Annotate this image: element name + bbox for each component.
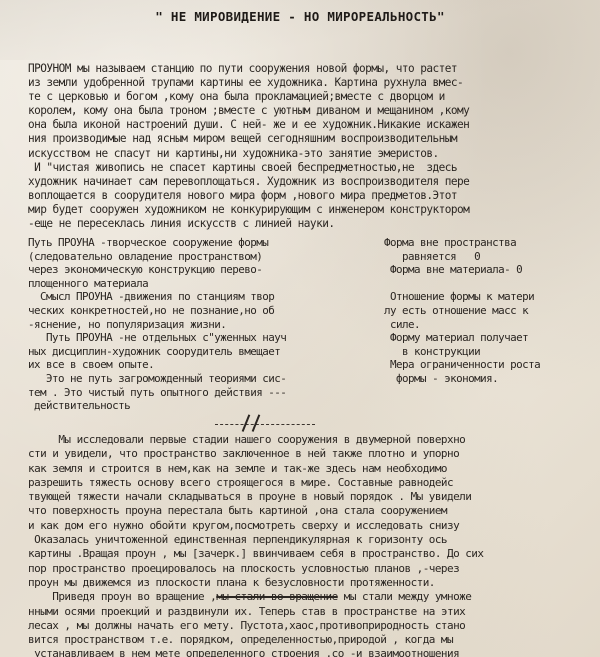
text-line: -еще не пересеклась линия искусств с лин…	[28, 217, 469, 231]
text-line: Форма вне материала- 0	[372, 263, 540, 277]
text-line: И "чистая живопись не спасет картины сво…	[28, 161, 469, 175]
text-line: равняется 0	[372, 250, 540, 264]
text-line: проун мы движемся из плоскости плана к б…	[28, 576, 483, 590]
document-title: " НЕ МИРОВИДЕНИЕ - НО МИРОРЕАЛЬНОСТЬ"	[0, 9, 600, 24]
text-line: нными осями проекций и раздвинули их. Те…	[28, 605, 483, 619]
text-line: вится пространством т.е. порядком, опред…	[28, 633, 483, 647]
text-line: как земля и строится в нем,как на земле …	[28, 462, 483, 476]
text-line: Форма вне пространства	[372, 236, 540, 250]
text-line: формы - экономия.	[372, 372, 540, 386]
section-separator	[215, 414, 315, 430]
text-line: воплощается в соорудителя нового мира фо…	[28, 189, 469, 203]
text-line	[372, 277, 540, 291]
text-line: (следовательно овладение пространством)	[28, 250, 286, 264]
text-line: устанавливаем в нем мете определенного с…	[28, 647, 483, 657]
text-line: художник начинает сам перевоплощаться. Х…	[28, 175, 469, 189]
text-line: пор пространство проецировалось на плоск…	[28, 562, 483, 576]
text-line: мир будет сооружен художником не конкури…	[28, 203, 469, 217]
text-line: и как дом его нужно обойти кругом,посмот…	[28, 519, 483, 533]
text-line: их все в своем опыте.	[28, 358, 286, 372]
right-column-text: Форма вне пространства равняется 0 Форма…	[372, 236, 540, 386]
intro-paragraph: ПРОУНОМ мы называем станцию по пути соор…	[28, 62, 469, 231]
text-line: лесах , мы должны начать его мету. Пусто…	[28, 619, 483, 633]
text-line: Путь ПРОУНА -творческое сооружение формы	[28, 236, 286, 250]
text-line: Путь ПРОУНА -не отдельных с"уженных науч	[28, 331, 286, 345]
text-line: сти и увидели, что пространство заключен…	[28, 447, 483, 461]
text-line: Смысл ПРОУНА -движения по станциям твор	[28, 290, 286, 304]
separator-slash-mark	[242, 414, 250, 431]
text-line: Приведя проун во вращение ,мы стали во в…	[28, 590, 483, 604]
text-line: ния производимые над ясным миром вещей с…	[28, 132, 469, 146]
text-line: Мера ограниченности роста	[372, 358, 540, 372]
text-line: ческих конкретностей,но не познание,но о…	[28, 304, 286, 318]
text-line: что поверхность проуна перестала быть ка…	[28, 504, 483, 518]
text-line: лу есть отношение масс к	[372, 304, 540, 318]
body-paragraph: Мы исследовали первые стадии нашего соор…	[28, 433, 483, 657]
text-line: те с церковью и богом ,кому она была про…	[28, 90, 469, 104]
text-line: Форму материал получает	[372, 331, 540, 345]
separator-slash-mark	[252, 414, 260, 431]
text-line: силе.	[372, 318, 540, 332]
text-line: королем, кому она была троном ;вместе с …	[28, 104, 469, 118]
text-line: Мы исследовали первые стадии нашего соор…	[28, 433, 483, 447]
separator-dashed-rule	[215, 424, 315, 425]
text-line: картины .Вращая проун , мы [зачерк.] вви…	[28, 547, 483, 561]
text-line: Отношение формы к матери	[372, 290, 540, 304]
text-line: в конструкции	[372, 345, 540, 359]
text-line: -яснение, но популяризация жизни.	[28, 318, 286, 332]
text-line: тем . Это чистый путь опытного действия …	[28, 386, 286, 400]
left-column-text: Путь ПРОУНА -творческое сооружение формы…	[28, 236, 286, 413]
text-line: Оказалась уничтоженной единственная перп…	[28, 533, 483, 547]
text-line: она была иконой настроений души. С ней- …	[28, 118, 469, 132]
text-line: из земли удобренной трупами картины ее х…	[28, 76, 469, 90]
struck-through-text: мы стали во вращение	[216, 590, 337, 603]
text-line: ных дисциплин-художник соорудитель вмеща…	[28, 345, 286, 359]
text-line: разрешить тяжесть основу всего строящего…	[28, 476, 483, 490]
text-line: действительность	[28, 399, 286, 413]
text-line: ПРОУНОМ мы называем станцию по пути соор…	[28, 62, 469, 76]
text-line: через экономическую конструкцию перево-	[28, 263, 286, 277]
text-line: твующей тяжести начали складываться в пр…	[28, 490, 483, 504]
text-line: Это не путь загроможденный теориями сис-	[28, 372, 286, 386]
typewritten-page: " НЕ МИРОВИДЕНИЕ - НО МИРОРЕАЛЬНОСТЬ" ПР…	[0, 0, 600, 657]
text-line: искусством не спасут ни картины,ни худож…	[28, 147, 469, 161]
text-line: площенного материала	[28, 277, 286, 291]
